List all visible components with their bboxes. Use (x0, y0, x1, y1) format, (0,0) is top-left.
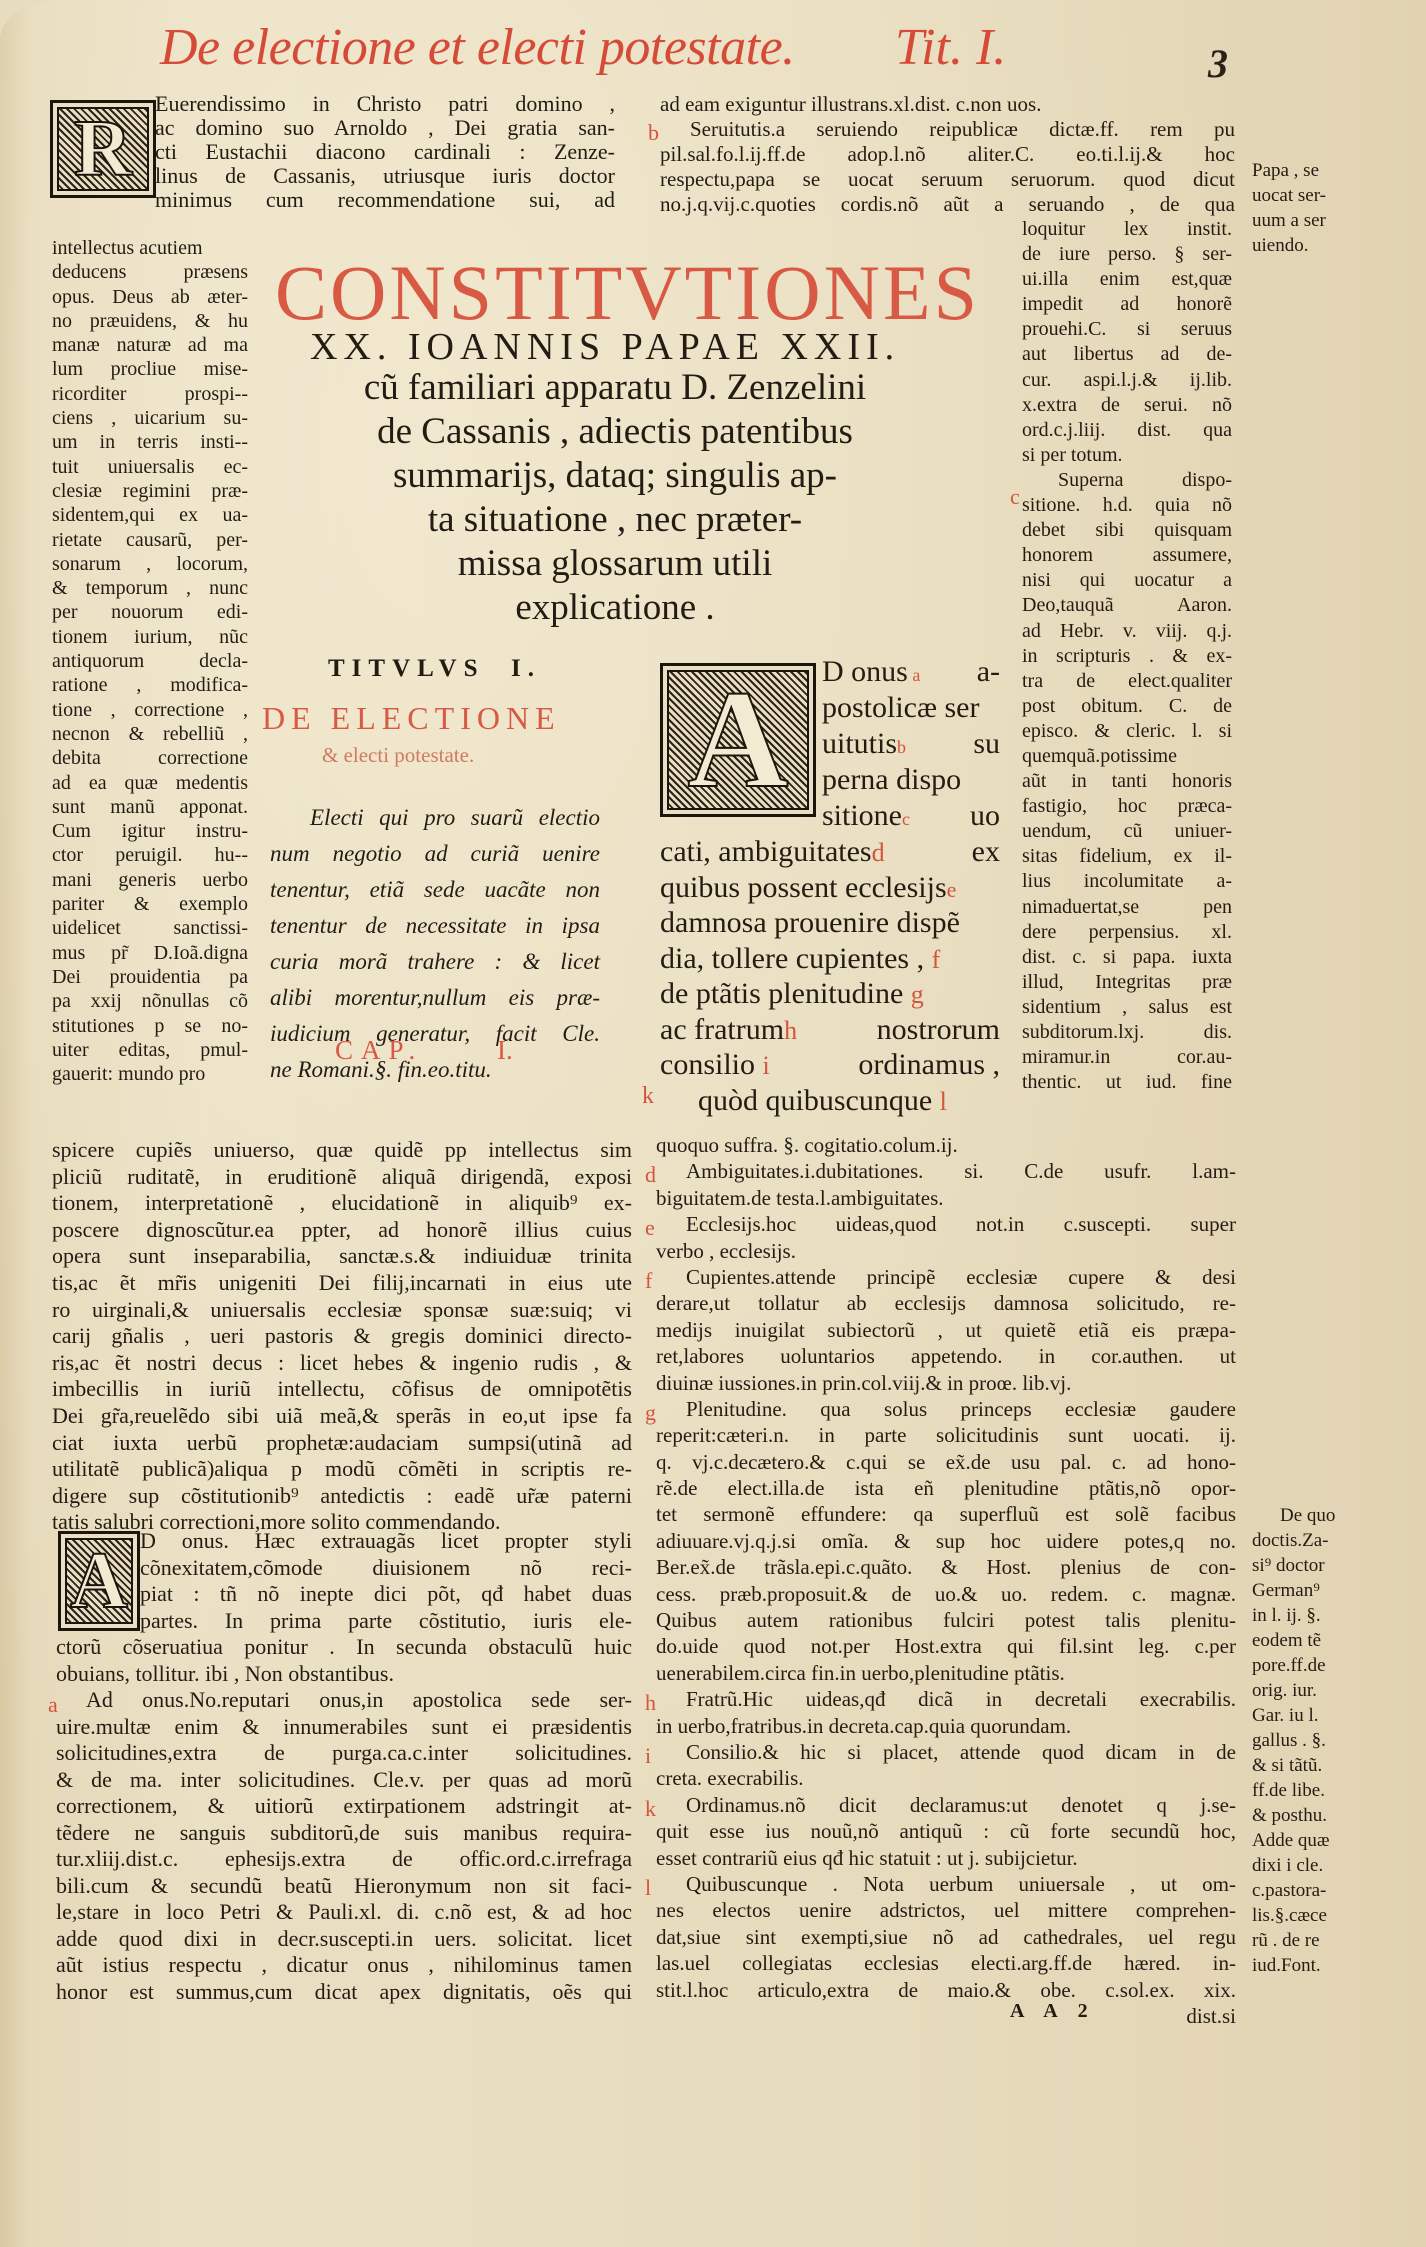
book-page: De electione et electi potestate. Tit. I… (0, 0, 1426, 2247)
gloss-marker-a: a (48, 1692, 58, 1718)
gloss-top: ad eam exiguntur illustrans.xl.dist. c.n… (660, 92, 1235, 217)
gloss-marker-l: l (645, 1875, 651, 1901)
titulus-heading: TITVLVS I. (328, 655, 541, 683)
gloss-marker-k: k (642, 1083, 654, 1110)
gloss-marker-i: i (645, 1743, 651, 1769)
chapter-label: CAP. (335, 1035, 423, 1066)
decorated-initial-r-icon: R (50, 100, 156, 198)
folio-number: 3 (1208, 40, 1228, 87)
running-title: De electione et electi potestate. (160, 18, 795, 77)
preface-continued: spicere cupiẽs uniuerso, quæ quidẽ pp in… (52, 1137, 632, 1536)
gloss-ad-onus-intro: D onus. Hæc extrauagãs licet propter sty… (140, 1528, 632, 1634)
gloss-right-narrow: loquitur lex instit. de iure perso. § se… (1022, 217, 1232, 1095)
text-line: minimus cum recommendatione sui, ad (155, 188, 615, 212)
gloss-marker-g: g (645, 1400, 656, 1426)
rubric-heading: DE ELECTIONE (262, 700, 561, 737)
chapter-summary: Electi qui pro suarũ electio num negotio… (270, 800, 600, 1088)
decorated-initial-a-small-icon: A (58, 1531, 140, 1631)
rubric-subheading: & electi potestate. (322, 743, 474, 768)
text-line: Euerendissimo in Christo patri domino , (155, 92, 615, 116)
gloss-marker-k2: k (645, 1796, 656, 1822)
subtitle: XX. IOANNIS PAPAE XXII. (310, 325, 900, 369)
constitution-text-beside-initial: D onus aa- postolicæ ser uitutisbsu pern… (822, 654, 1000, 834)
gloss-ad-onus: ctorũ cõseruatiua ponitur . In secunda o… (56, 1634, 632, 2005)
decorated-initial-a-icon: A (660, 663, 816, 817)
text-line: cti Eustachii diacono cardinali : Zenze- (155, 140, 615, 164)
gloss-marker-d: d (645, 1162, 656, 1188)
text-line: ac domino suo Arnoldo , Dei gratia san- (155, 116, 615, 140)
gloss-marker-f: f (645, 1268, 652, 1294)
gloss-marker-h: h (645, 1690, 656, 1716)
gloss-marker-b: b (648, 120, 659, 146)
constitution-text: cati, ambiguitatesdex quibus possent ecc… (660, 834, 1000, 1118)
title-number: Tit. I. (895, 18, 1006, 77)
gloss-marker-c: c (1010, 484, 1020, 510)
preface-left-column: intellectus acutiem deducens præsens opu… (52, 236, 248, 1086)
gloss-marker-e: e (645, 1215, 655, 1241)
chapter-number: I. (497, 1035, 513, 1066)
signature-mark: A A 2 (1010, 2000, 1096, 2023)
dedication: Euerendissimo in Christo patri domino , … (155, 92, 615, 212)
gloss-right-lower: quoquo suffra. §. cogitatio.colum.ij. Am… (656, 1132, 1236, 2029)
text-line: linus de Cassanis, utriusque iuris docto… (155, 164, 615, 188)
marginal-note-top: Papa , se uocat ser- uum a ser uiendo. (1252, 158, 1372, 258)
marginal-note-bottom: De quo doctis.Za- si⁹ doctor German⁹ in … (1252, 1503, 1372, 1978)
title-description: cũ familiari apparatu D. Zenzelini de Ca… (330, 366, 900, 630)
